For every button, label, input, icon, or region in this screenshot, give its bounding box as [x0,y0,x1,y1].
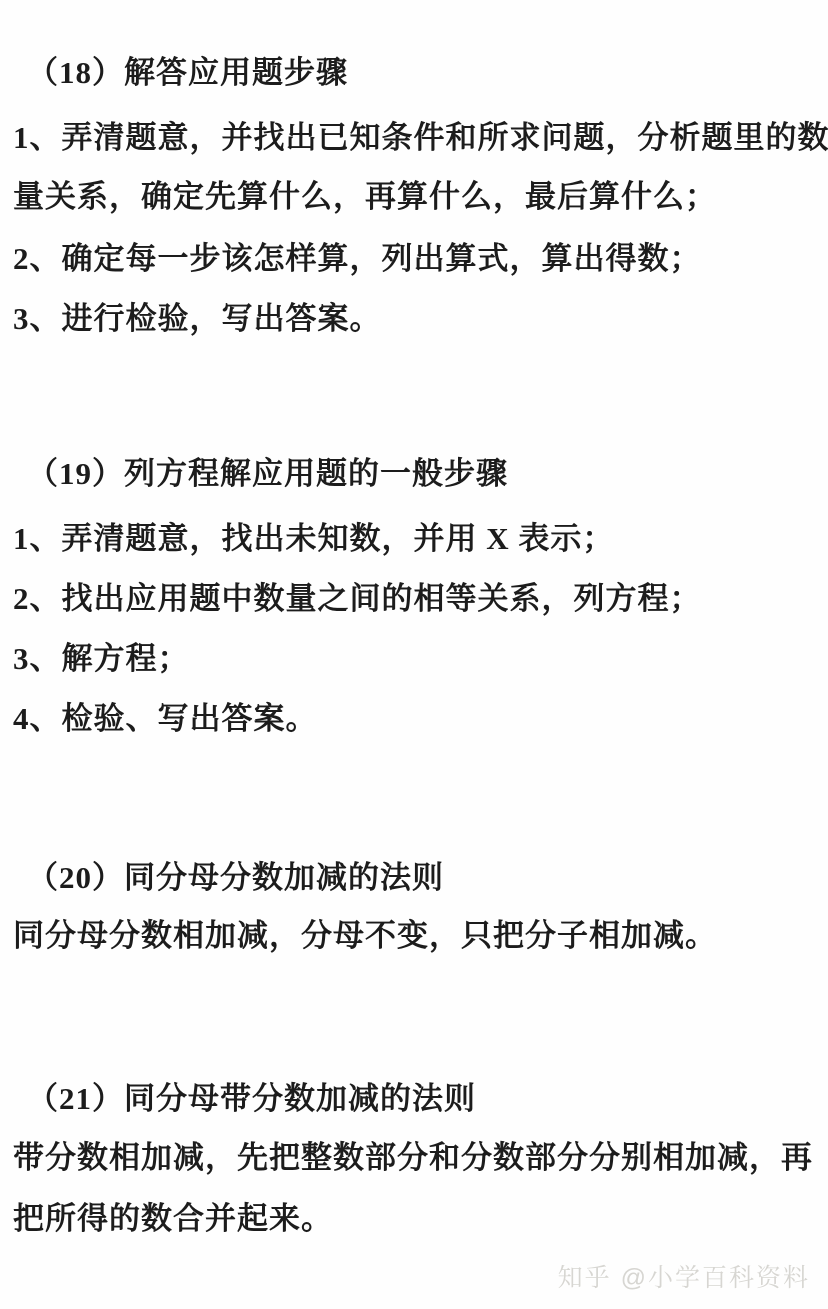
section-20-heading: （20）同分母分数加减的法则 [27,860,444,896]
section-19-line-1: 1、弄清题意，找出未知数，并用 X 表示； [13,521,614,557]
section-18-line-1: 1、弄清题意，并找出已知条件和所求问题，分析题里的数 [13,120,828,156]
section-19-line-3: 3、解方程； [13,641,190,677]
section-18-line-2: 量关系，确定先算什么，再算什么，最后算什么； [13,179,717,215]
section-18-line-3: 2、确定每一步该怎样算，列出算式，算出得数； [13,241,702,277]
section-21-line-2: 把所得的数合并起来。 [13,1201,333,1237]
section-18-heading: （18）解答应用题步骤 [27,55,348,91]
zhihu-watermark: 知乎 @小学百科资料 [558,1258,810,1294]
section-21-line-1: 带分数相加减，先把整数部分和分数部分分别相加减，再 [13,1140,813,1176]
section-21-heading: （21）同分母带分数加减的法则 [27,1081,476,1117]
section-20-line-1: 同分母分数相加减，分母不变，只把分子相加减。 [13,918,717,954]
document-page: （18）解答应用题步骤 1、弄清题意，并找出已知条件和所求问题，分析题里的数 量… [0,0,828,1309]
section-19-line-2: 2、找出应用题中数量之间的相等关系，列方程； [13,581,702,617]
section-19-heading: （19）列方程解应用题的一般步骤 [27,456,508,492]
section-19-line-4: 4、检验、写出答案。 [13,701,318,737]
section-18-line-4: 3、进行检验，写出答案。 [13,301,382,337]
